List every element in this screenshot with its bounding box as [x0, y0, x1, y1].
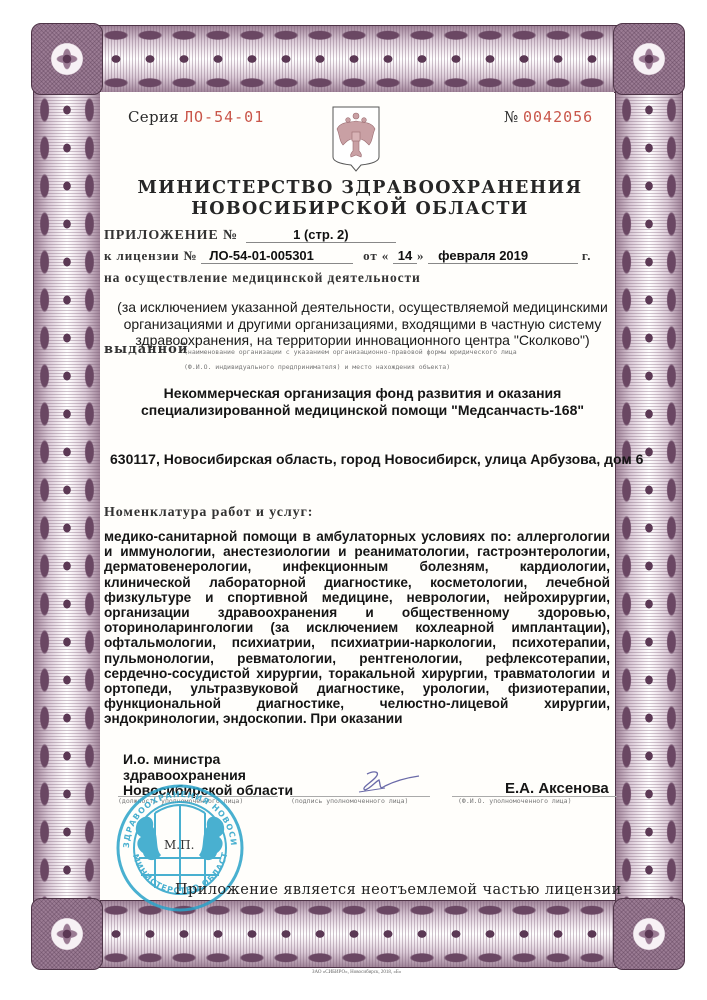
stamp-place-label: М.П.: [164, 838, 194, 852]
border-corner-top-left: [31, 23, 103, 95]
issued-caption-line-2: (Ф.И.О. индивидуального предпринимателя)…: [184, 360, 517, 375]
footer-note: Приложение является неотъемлемой частью …: [175, 882, 622, 898]
border-top: [99, 25, 617, 93]
series-label: Серия: [128, 108, 179, 126]
series: Серия ЛО-54-01: [128, 108, 264, 126]
coat-of-arms-icon: [331, 105, 381, 173]
date-close-quote: »: [417, 248, 424, 263]
ministry-title: МИНИСТЕРСТВО ЗДРАВООХРАНЕНИЯ НОВОСИБИРСК…: [110, 178, 610, 220]
appendix-value: 1 (стр. 2): [246, 227, 396, 243]
issued-caption: (наименование организации с указанием ор…: [184, 345, 517, 375]
border-corner-bottom-left: [31, 898, 103, 970]
activity-type: на осуществление медицинской деятельност…: [104, 270, 421, 286]
caption-name: (Ф.И.О. уполномоченного лица): [458, 797, 572, 805]
date-month-year: февраля 2019: [428, 248, 578, 264]
signatory-name: Е.А. Аксенова: [505, 780, 609, 797]
number-symbol: №: [504, 108, 518, 126]
license-row: к лицензии № ЛО-54-01-005301 от « 14» фе…: [104, 248, 591, 264]
license-number: ЛО-54-01-005301: [201, 248, 353, 264]
issued-label: выданной: [104, 342, 189, 357]
date-from-label: от «: [363, 248, 389, 263]
number-value: 0042056: [523, 108, 593, 126]
nomenclature-title: Номенклатура работ и услуг:: [104, 505, 313, 521]
border-right: [615, 91, 683, 902]
organization-name: Некоммерческая организация фонд развития…: [110, 385, 615, 419]
border-left: [33, 91, 101, 902]
border-corner-top-right: [613, 23, 685, 95]
services-list: медико-санитарной помощи в амбулаторных …: [104, 529, 610, 727]
appendix-label: ПРИЛОЖЕНИЕ №: [104, 228, 238, 243]
appendix-row: ПРИЛОЖЕНИЕ № 1 (стр. 2): [104, 226, 396, 244]
form-number: № 0042056: [504, 108, 593, 126]
handwritten-signature: [345, 768, 425, 798]
ministry-line-2: НОВОСИБИРСКОЙ ОБЛАСТИ: [110, 199, 610, 220]
date-year-suffix: г.: [582, 248, 592, 263]
ministry-line-1: МИНИСТЕРСТВО ЗДРАВООХРАНЕНИЯ: [110, 178, 610, 199]
printer-imprint: ЗАО «СИБИРО», Новосибирск, 2018, «Б»: [312, 970, 401, 975]
caption-signature: (подпись уполномоченного лица): [291, 797, 408, 805]
organization-address: 630117, Новосибирская область, город Нов…: [110, 451, 615, 467]
border-corner-bottom-right: [613, 898, 685, 970]
license-label: к лицензии №: [104, 248, 198, 263]
issued-caption-line-1: (наименование организации с указанием ор…: [184, 345, 517, 360]
series-value: ЛО-54-01: [184, 108, 264, 126]
date-day: 14: [393, 248, 417, 264]
